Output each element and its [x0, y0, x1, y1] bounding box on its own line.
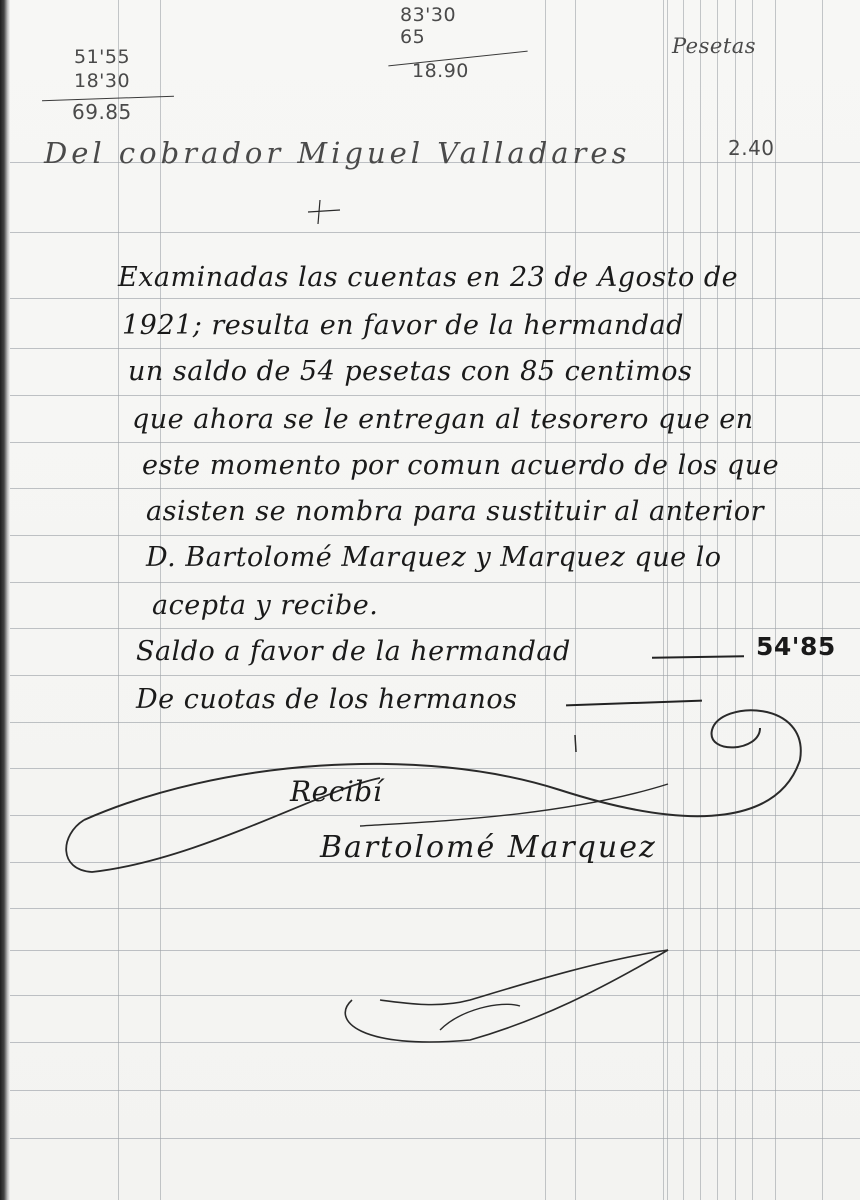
receipt-label: Recibí — [290, 775, 382, 808]
signature: Bartolomé Marquez — [320, 830, 657, 865]
pen-flourish — [0, 0, 860, 1200]
ledger-page: 51'55 18'30 69.85 83'30 65 18.90 Pesetas… — [0, 0, 860, 1200]
